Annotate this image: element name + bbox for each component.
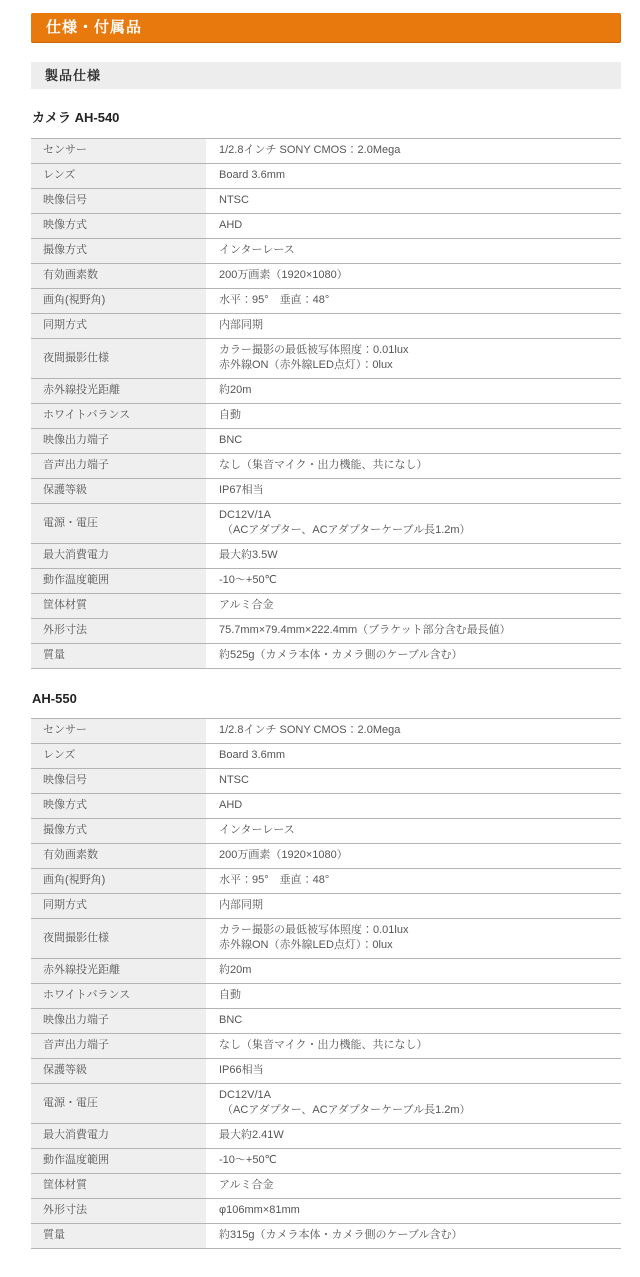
spec-value: アルミ合金 [206,594,621,619]
spec-row: 質量約315g（カメラ本体・カメラ側のケーブル含む） [31,1224,621,1249]
spec-label: ホワイトバランス [31,404,206,429]
spec-label: 有効画素数 [31,844,206,869]
spec-label: 映像方式 [31,794,206,819]
spec-row: 外形寸法φ106mm×81mm [31,1199,621,1224]
spec-value: アルミ合金 [206,1174,621,1199]
spec-label: ホワイトバランス [31,984,206,1009]
table-heading-ah550: AH-550 [32,691,621,706]
spec-value: 内部同期 [206,314,621,339]
spec-value: インターレース [206,239,621,264]
spec-value: 自動 [206,404,621,429]
spec-row: 画角(視野角)水平：95° 垂直：48° [31,869,621,894]
spec-row: 保護等級IP66相当 [31,1059,621,1084]
spec-label: 電源・電圧 [31,504,206,544]
spec-row: 赤外線投光距離約20m [31,379,621,404]
page: 仕様・付属品 製品仕様 カメラ AH-540 センサー1/2.8インチ SONY… [0,0,640,1277]
spec-row: 音声出力端子なし（集音マイク・出力機能、共になし） [31,454,621,479]
spec-value: 200万画素（1920×1080） [206,844,621,869]
spec-value: AHD [206,214,621,239]
spec-value: カラー撮影の最低被写体照度：0.01lux 赤外線ON（赤外線LED点灯）：0l… [206,339,621,379]
spec-label: 映像信号 [31,189,206,214]
spec-label: 外形寸法 [31,1199,206,1224]
spec-label: 筐体材質 [31,594,206,619]
spec-row: 映像出力端子BNC [31,1009,621,1034]
spec-row: 電源・電圧DC12V/1A （ACアダプター、ACアダプターケーブル長1.2m） [31,1084,621,1124]
spec-value: 約525g（カメラ本体・カメラ側のケーブル含む） [206,644,621,669]
spec-row: 有効画素数200万画素（1920×1080） [31,264,621,289]
spec-label: 同期方式 [31,894,206,919]
spec-section-ah540: カメラ AH-540 センサー1/2.8インチ SONY CMOS：2.0Meg… [31,107,621,669]
spec-value: 水平：95° 垂直：48° [206,869,621,894]
spec-value: なし（集音マイク・出力機能、共になし） [206,454,621,479]
spec-value: 75.7mm×79.4mm×222.4mm（ブラケット部分含む最長値） [206,619,621,644]
spec-row: 赤外線投光距離約20m [31,959,621,984]
spec-label: 画角(視野角) [31,289,206,314]
spec-row: 筐体材質アルミ合金 [31,594,621,619]
spec-row: 動作温度範囲-10～+50℃ [31,1149,621,1174]
spec-label: センサー [31,719,206,744]
spec-value: BNC [206,429,621,454]
spec-label: 筐体材質 [31,1174,206,1199]
spec-value: 約20m [206,959,621,984]
spec-value: 最大約3.5W [206,544,621,569]
spec-value: Board 3.6mm [206,744,621,769]
spec-label: 赤外線投光距離 [31,959,206,984]
spec-label: 同期方式 [31,314,206,339]
spec-value: 約20m [206,379,621,404]
spec-value: カラー撮影の最低被写体照度：0.01lux 赤外線ON（赤外線LED点灯）：0l… [206,919,621,959]
spec-value: φ106mm×81mm [206,1199,621,1224]
spec-row: 映像出力端子BNC [31,429,621,454]
spec-row: 電源・電圧DC12V/1A （ACアダプター、ACアダプターケーブル長1.2m） [31,504,621,544]
spec-label: 音声出力端子 [31,1034,206,1059]
spec-row: 同期方式内部同期 [31,894,621,919]
spec-label: 最大消費電力 [31,544,206,569]
spec-value: 自動 [206,984,621,1009]
spec-value: BNC [206,1009,621,1034]
spec-label: 外形寸法 [31,619,206,644]
spec-value: 水平：95° 垂直：48° [206,289,621,314]
spec-row: 動作温度範囲-10～+50℃ [31,569,621,594]
spec-row: レンズBoard 3.6mm [31,744,621,769]
spec-row: センサー1/2.8インチ SONY CMOS：2.0Mega [31,719,621,744]
spec-label: 有効画素数 [31,264,206,289]
spec-row: ホワイトバランス自動 [31,404,621,429]
spec-label: 動作温度範囲 [31,1149,206,1174]
section-header: 製品仕様 [31,62,621,89]
spec-row: 映像方式AHD [31,214,621,239]
spec-table-ah550: センサー1/2.8インチ SONY CMOS：2.0MegaレンズBoard 3… [31,718,621,1249]
spec-label: 夜間撮影仕様 [31,919,206,959]
spec-row: 筐体材質アルミ合金 [31,1174,621,1199]
spec-label: 電源・電圧 [31,1084,206,1124]
spec-row: 映像方式AHD [31,794,621,819]
spec-value: 内部同期 [206,894,621,919]
spec-row: 有効画素数200万画素（1920×1080） [31,844,621,869]
spec-value: 1/2.8インチ SONY CMOS：2.0Mega [206,139,621,164]
spec-value: IP67相当 [206,479,621,504]
page-title-banner: 仕様・付属品 [31,13,621,43]
spec-row: 同期方式内部同期 [31,314,621,339]
spec-value: AHD [206,794,621,819]
spec-value: DC12V/1A （ACアダプター、ACアダプターケーブル長1.2m） [206,504,621,544]
spec-label: 画角(視野角) [31,869,206,894]
spec-label: 質量 [31,1224,206,1249]
table-heading-ah540: カメラ AH-540 [32,107,621,126]
spec-row: 夜間撮影仕様カラー撮影の最低被写体照度：0.01lux 赤外線ON（赤外線LED… [31,919,621,959]
spec-label: 夜間撮影仕様 [31,339,206,379]
spec-label: 保護等級 [31,479,206,504]
spec-row: 夜間撮影仕様カラー撮影の最低被写体照度：0.01lux 赤外線ON（赤外線LED… [31,339,621,379]
spec-value: 最大約2.41W [206,1124,621,1149]
spec-label: 撮像方式 [31,239,206,264]
spec-value: なし（集音マイク・出力機能、共になし） [206,1034,621,1059]
spec-value: インターレース [206,819,621,844]
spec-row: 音声出力端子なし（集音マイク・出力機能、共になし） [31,1034,621,1059]
spec-label: 保護等級 [31,1059,206,1084]
spec-row: 外形寸法75.7mm×79.4mm×222.4mm（ブラケット部分含む最長値） [31,619,621,644]
spec-value: IP66相当 [206,1059,621,1084]
spec-section-ah550: AH-550 センサー1/2.8インチ SONY CMOS：2.0Megaレンズ… [31,691,621,1249]
spec-label: センサー [31,139,206,164]
spec-row: 映像信号NTSC [31,189,621,214]
spec-row: 映像信号NTSC [31,769,621,794]
spec-label: レンズ [31,744,206,769]
spec-row: レンズBoard 3.6mm [31,164,621,189]
spec-value: 200万画素（1920×1080） [206,264,621,289]
spec-table-ah540: センサー1/2.8インチ SONY CMOS：2.0MegaレンズBoard 3… [31,138,621,669]
spec-label: 映像信号 [31,769,206,794]
spec-row: 質量約525g（カメラ本体・カメラ側のケーブル含む） [31,644,621,669]
spec-row: 撮像方式インターレース [31,819,621,844]
spec-value: Board 3.6mm [206,164,621,189]
spec-value: 約315g（カメラ本体・カメラ側のケーブル含む） [206,1224,621,1249]
spec-label: 赤外線投光距離 [31,379,206,404]
spec-value: DC12V/1A （ACアダプター、ACアダプターケーブル長1.2m） [206,1084,621,1124]
spec-label: 質量 [31,644,206,669]
spec-row: 最大消費電力最大約3.5W [31,544,621,569]
spec-label: 映像出力端子 [31,1009,206,1034]
spec-value: -10～+50℃ [206,569,621,594]
spec-label: 最大消費電力 [31,1124,206,1149]
spec-label: レンズ [31,164,206,189]
spec-row: センサー1/2.8インチ SONY CMOS：2.0Mega [31,139,621,164]
spec-row: 撮像方式インターレース [31,239,621,264]
spec-row: 画角(視野角)水平：95° 垂直：48° [31,289,621,314]
spec-row: 保護等級IP67相当 [31,479,621,504]
spec-value: NTSC [206,189,621,214]
spec-label: 映像方式 [31,214,206,239]
spec-row: ホワイトバランス自動 [31,984,621,1009]
spec-label: 撮像方式 [31,819,206,844]
spec-label: 映像出力端子 [31,429,206,454]
spec-value: 1/2.8インチ SONY CMOS：2.0Mega [206,719,621,744]
spec-value: -10～+50℃ [206,1149,621,1174]
spec-value: NTSC [206,769,621,794]
spec-row: 最大消費電力最大約2.41W [31,1124,621,1149]
spec-label: 音声出力端子 [31,454,206,479]
spec-label: 動作温度範囲 [31,569,206,594]
